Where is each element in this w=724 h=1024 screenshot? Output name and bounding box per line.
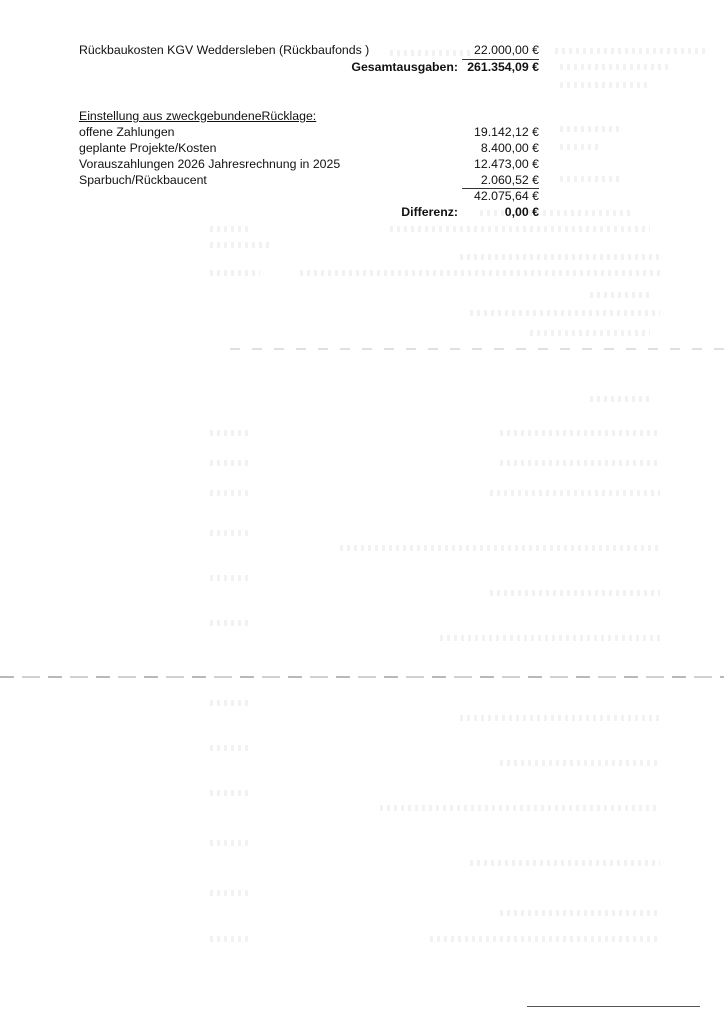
reserve-item: geplante Projekte/Kosten 8.400,00 € xyxy=(79,140,539,156)
bleed-through-noise xyxy=(210,460,250,466)
reserve-section-heading: Einstellung aus zweckgebundeneRücklage: xyxy=(79,108,539,124)
difference-label: Differenz: xyxy=(401,204,458,220)
bleed-through-noise xyxy=(560,82,650,88)
document-page: Rückbaukosten KGV Weddersleben (Rückbauf… xyxy=(0,0,724,1024)
bleed-through-noise xyxy=(430,936,660,942)
bleed-through-noise xyxy=(210,890,250,896)
difference-amount: 0,00 € xyxy=(505,204,539,220)
bleed-through-noise xyxy=(210,530,250,536)
bleed-through-noise xyxy=(300,270,660,276)
bleed-through-noise xyxy=(500,910,660,916)
bleed-through-noise xyxy=(210,226,250,232)
bleed-through-noise xyxy=(500,460,660,466)
bleed-through-noise xyxy=(470,310,660,316)
reserve-item-label: Sparbuch/Rückbaucent xyxy=(79,172,207,188)
bleed-through-noise xyxy=(210,430,250,436)
bleed-through-noise xyxy=(210,700,250,706)
bleed-through-noise xyxy=(460,254,660,260)
bleed-through-noise xyxy=(560,64,670,70)
bleed-through-noise xyxy=(210,490,250,496)
bleed-through-noise xyxy=(470,860,660,866)
total-expenses-label: Gesamtausgaben: xyxy=(351,59,458,75)
bleed-through-noise xyxy=(530,330,650,336)
bleed-through-noise xyxy=(555,48,705,54)
line-item-rueckbaukosten: Rückbaukosten KGV Weddersleben (Rückbauf… xyxy=(79,42,539,58)
reserve-item: Sparbuch/Rückbaucent 2.060,52 € xyxy=(79,172,539,188)
reserve-item-label: offene Zahlungen xyxy=(79,124,175,140)
bleed-through-noise xyxy=(500,760,660,766)
reserve-item: offene Zahlungen 19.142,12 € xyxy=(79,124,539,140)
bleed-through-noise xyxy=(210,575,250,581)
bleed-through-noise xyxy=(440,635,660,641)
line-item-label: Rückbaukosten KGV Weddersleben (Rückbauf… xyxy=(79,42,369,58)
bleed-through-noise xyxy=(560,144,600,150)
bleed-through-noise xyxy=(560,126,620,132)
reserve-item-label: Vorauszahlungen 2026 Jahresrechnung in 2… xyxy=(79,156,340,172)
bleed-through-noise xyxy=(210,620,250,626)
bleed-through-noise xyxy=(590,292,650,298)
bleed-through-noise xyxy=(210,840,250,846)
total-expenses-amount: 261.354,09 € xyxy=(467,59,539,75)
bleed-through-noise xyxy=(210,745,250,751)
bleed-through-noise xyxy=(560,176,620,182)
bleed-through-noise xyxy=(340,545,660,551)
bleed-through-noise xyxy=(210,270,260,276)
reserve-subtotal: 42.075,64 € xyxy=(79,188,539,204)
scan-fold-line xyxy=(230,348,724,350)
bleed-through-noise xyxy=(480,210,630,216)
bleed-through-noise xyxy=(210,242,270,248)
bleed-through-noise xyxy=(460,715,660,721)
bleed-through-noise xyxy=(380,805,660,811)
reserve-item-label: geplante Projekte/Kosten xyxy=(79,140,216,156)
signature-line xyxy=(527,1006,700,1007)
bleed-through-noise xyxy=(390,226,650,232)
reserve-item-amount: 8.400,00 € xyxy=(481,140,539,156)
reserve-item: Vorauszahlungen 2026 Jahresrechnung in 2… xyxy=(79,156,539,172)
subtotal-amount: 42.075,64 € xyxy=(474,188,539,204)
reserve-item-amount: 2.060,52 € xyxy=(481,172,539,188)
line-item-amount: 22.000,00 € xyxy=(474,42,539,58)
bleed-through-noise xyxy=(210,790,250,796)
bleed-through-noise xyxy=(490,590,660,596)
bleed-through-noise xyxy=(210,936,250,942)
bleed-through-noise xyxy=(500,430,660,436)
reserve-item-amount: 19.142,12 € xyxy=(474,124,539,140)
reserve-item-amount: 12.473,00 € xyxy=(474,156,539,172)
bleed-through-noise xyxy=(490,490,660,496)
section-heading-text: Einstellung aus zweckgebundeneRücklage: xyxy=(79,108,316,124)
bleed-through-noise xyxy=(590,396,650,402)
scan-fold-line xyxy=(0,676,724,678)
